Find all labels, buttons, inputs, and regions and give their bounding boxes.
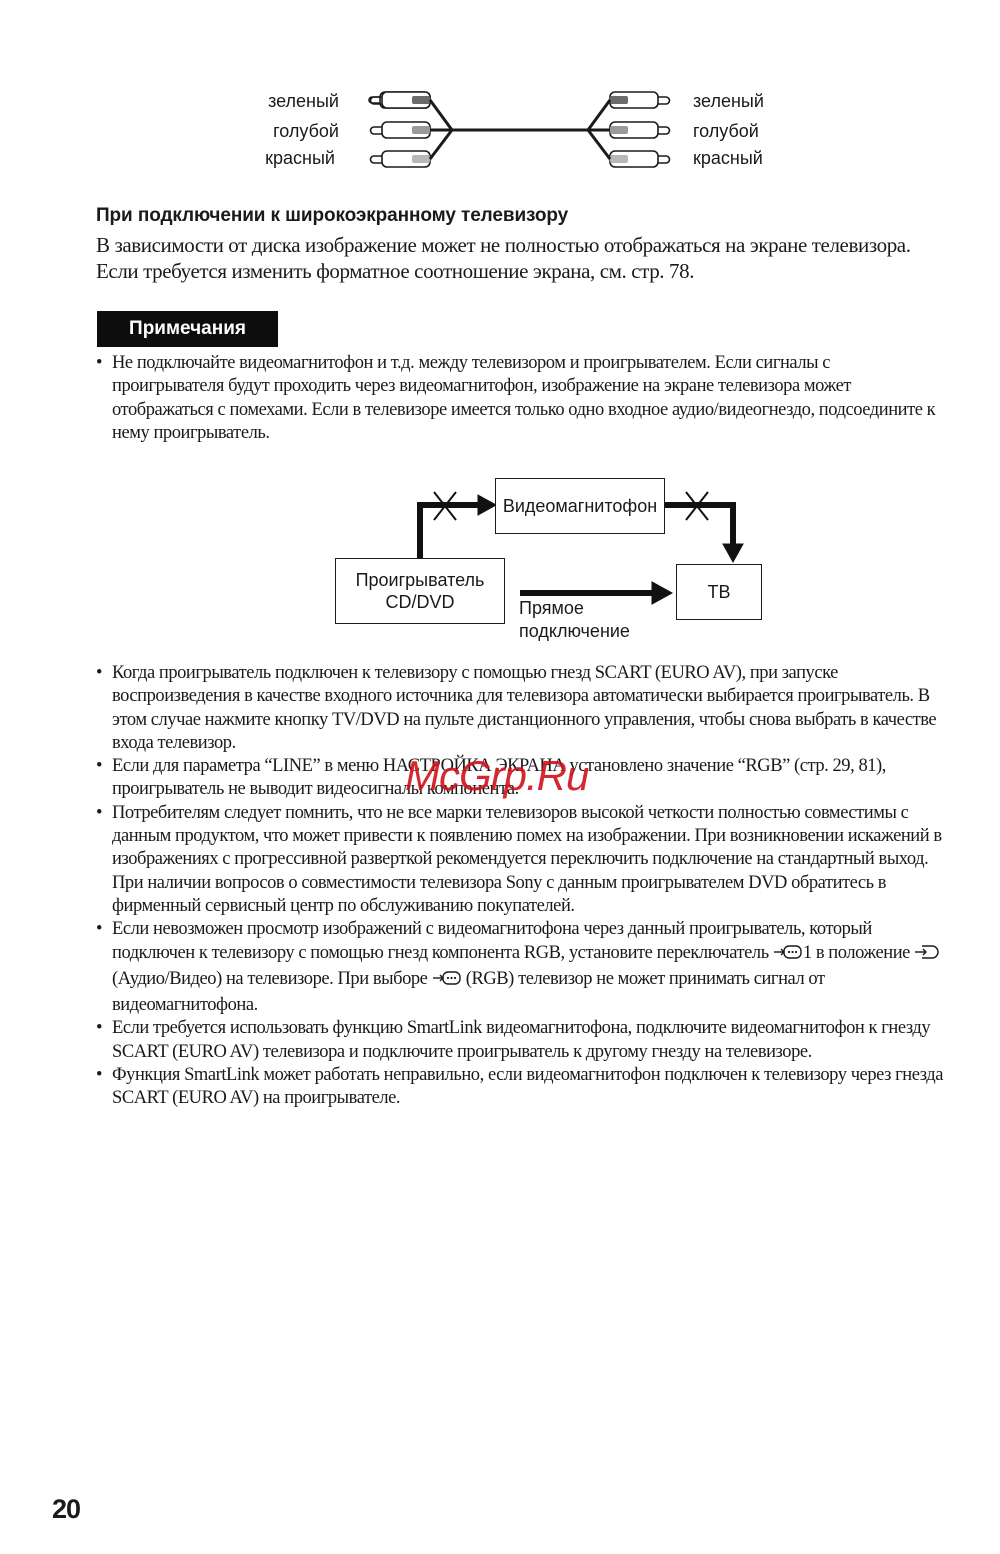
notes-badge: Примечания (97, 311, 278, 347)
section-heading-widescreen: При подключении к широкоэкранному телеви… (96, 205, 568, 227)
watermark: McGrp.Ru (405, 752, 588, 800)
rgb-input-icon (432, 969, 462, 994)
rgb-switch-number: 1 (803, 943, 812, 963)
rgb-text-2: в положение (812, 943, 914, 963)
right-label-blue: голубой (693, 122, 813, 140)
av-input-icon (914, 943, 940, 968)
left-label-green: зеленый (219, 92, 339, 110)
note-item: Потребителям следует помнить, что не все… (96, 802, 946, 918)
left-label-blue: голубой (219, 122, 339, 140)
note-item: Не подключайте видеомагнитофон и т.д. ме… (96, 352, 946, 445)
player-label-line2: CD/DVD (385, 591, 454, 613)
left-label-red: красный (215, 149, 335, 167)
direct-label-line2: подключение (519, 620, 630, 643)
note-item: Если требуется использовать функцию Smar… (96, 1017, 946, 1064)
player-label-line1: Проигрыватель (356, 569, 485, 591)
right-label-red: красный (693, 149, 813, 167)
player-box: Проигрыватель CD/DVD (335, 558, 505, 624)
direct-connection-label: Прямое подключение (519, 597, 630, 643)
note-item: Когда проигрыватель подключен к телевизо… (96, 662, 946, 755)
vcr-label: Видеомагнитофон (503, 495, 657, 517)
vcr-box: Видеомагнитофон (495, 478, 665, 534)
tv-box: ТВ (676, 564, 762, 620)
right-label-green: зеленый (693, 92, 813, 110)
note-item-rgb: Если невозможен просмотр изображений с в… (96, 918, 946, 1017)
direct-label-line1: Прямое (519, 597, 630, 620)
notes-list-top: Не подключайте видеомагнитофон и т.д. ме… (96, 352, 946, 445)
note-item: Функция SmartLink может работать неправи… (96, 1064, 946, 1111)
rca-cable-icon (360, 88, 680, 178)
widescreen-paragraph: В зависимости от диска изображение может… (96, 232, 956, 284)
notes-list-bottom: Когда проигрыватель подключен к телевизо… (96, 662, 946, 1111)
page-number: 20 (52, 1494, 80, 1525)
rgb-text-3: (Аудио/Видео) на телевизоре. При выборе (112, 969, 432, 989)
rgb-input-switch-icon (773, 943, 803, 968)
rgb-text-1: Если невозможен просмотр изображений с в… (112, 919, 872, 962)
tv-label: ТВ (707, 581, 730, 603)
